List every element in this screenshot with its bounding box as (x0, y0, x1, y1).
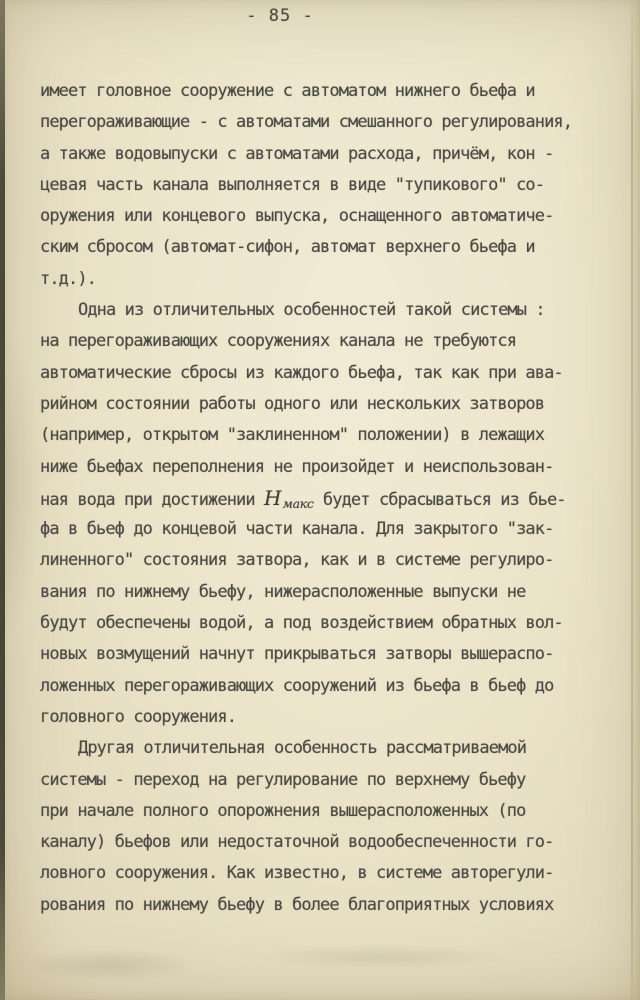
text-line: автоматические сбросы из каждого бьефа, … (40, 358, 600, 389)
text-line: рийном состоянии работы одного или неско… (40, 389, 600, 420)
text-line: оружения или концевого выпуска, оснащенн… (40, 201, 600, 232)
text-line: (например, открытом "заклиненном" положе… (40, 420, 600, 451)
text-line: рования по нижнему бьефу в более благопр… (40, 890, 600, 921)
text-line: системы - переход на регулирование по ве… (40, 765, 600, 796)
text-line: будут обеспечены водой, а под воздействи… (40, 608, 600, 639)
text-line: фа в бьеф до концевой части канала. Для … (40, 514, 600, 545)
text-line: вания по нижнему бьефу, нижерасположенны… (40, 577, 600, 608)
text-segment: будет сбрасываться из бье- (314, 490, 566, 510)
paper-stain (250, 944, 510, 970)
text-line: т.д.). (40, 264, 600, 295)
text-line: каналу) бьефов или недостаточной водообе… (40, 827, 600, 858)
text-line: Одна из отличительных особенностей такой… (40, 295, 600, 326)
text-line: а также водовыпуски с автоматами расхода… (40, 139, 600, 170)
text-line: при начале полного опорожнения вышераспо… (40, 796, 600, 827)
text-line: головного сооружения. (40, 702, 600, 733)
h-max-formula: Нмакс (264, 486, 314, 510)
text-line: ниже бьефах переполнения не произойдет и… (40, 452, 600, 483)
text-line: Другая отличительная особенность рассмат… (40, 733, 600, 764)
text-line: ловного сооружения. Как известно, в сист… (40, 858, 600, 889)
text-line: на перегораживающих сооружениях канала н… (40, 326, 600, 357)
text-line: имеет головное сооружение с автоматом ни… (40, 76, 600, 107)
text-line: цевая часть канала выполняется в виде "т… (40, 170, 600, 201)
formula-subscript: макс (283, 496, 314, 511)
paper-stain (20, 948, 200, 982)
text-line: новых возмущений начнут прикрываться зат… (40, 639, 600, 670)
scan-edge-left-artifact (0, 0, 5, 1000)
paper-stain (0, 330, 40, 630)
scanned-document-page: { "colors": { "paper": "#ece4c9", "ink":… (0, 0, 640, 1000)
text-line: ная вода при достижении Нмакс будет сбра… (40, 483, 600, 514)
text-segment: ная вода при достижении (40, 490, 264, 510)
scan-strip-right-artifact (633, 0, 640, 1000)
text-line: ским сбросом (автомат-сифон, автомат вер… (40, 232, 600, 263)
text-line: ложенных перегораживающих сооружений из … (40, 671, 600, 702)
formula-symbol: Н (264, 486, 281, 510)
text-line: перегораживающие - с автоматами смешанно… (40, 107, 600, 138)
page-number: - 85 - (0, 6, 560, 26)
scan-edge-right-artifact (631, 0, 633, 1000)
body-text: имеет головное сооружение с автоматом ни… (40, 76, 600, 921)
text-line: линенного" состояния затвора, как и в си… (40, 545, 600, 576)
